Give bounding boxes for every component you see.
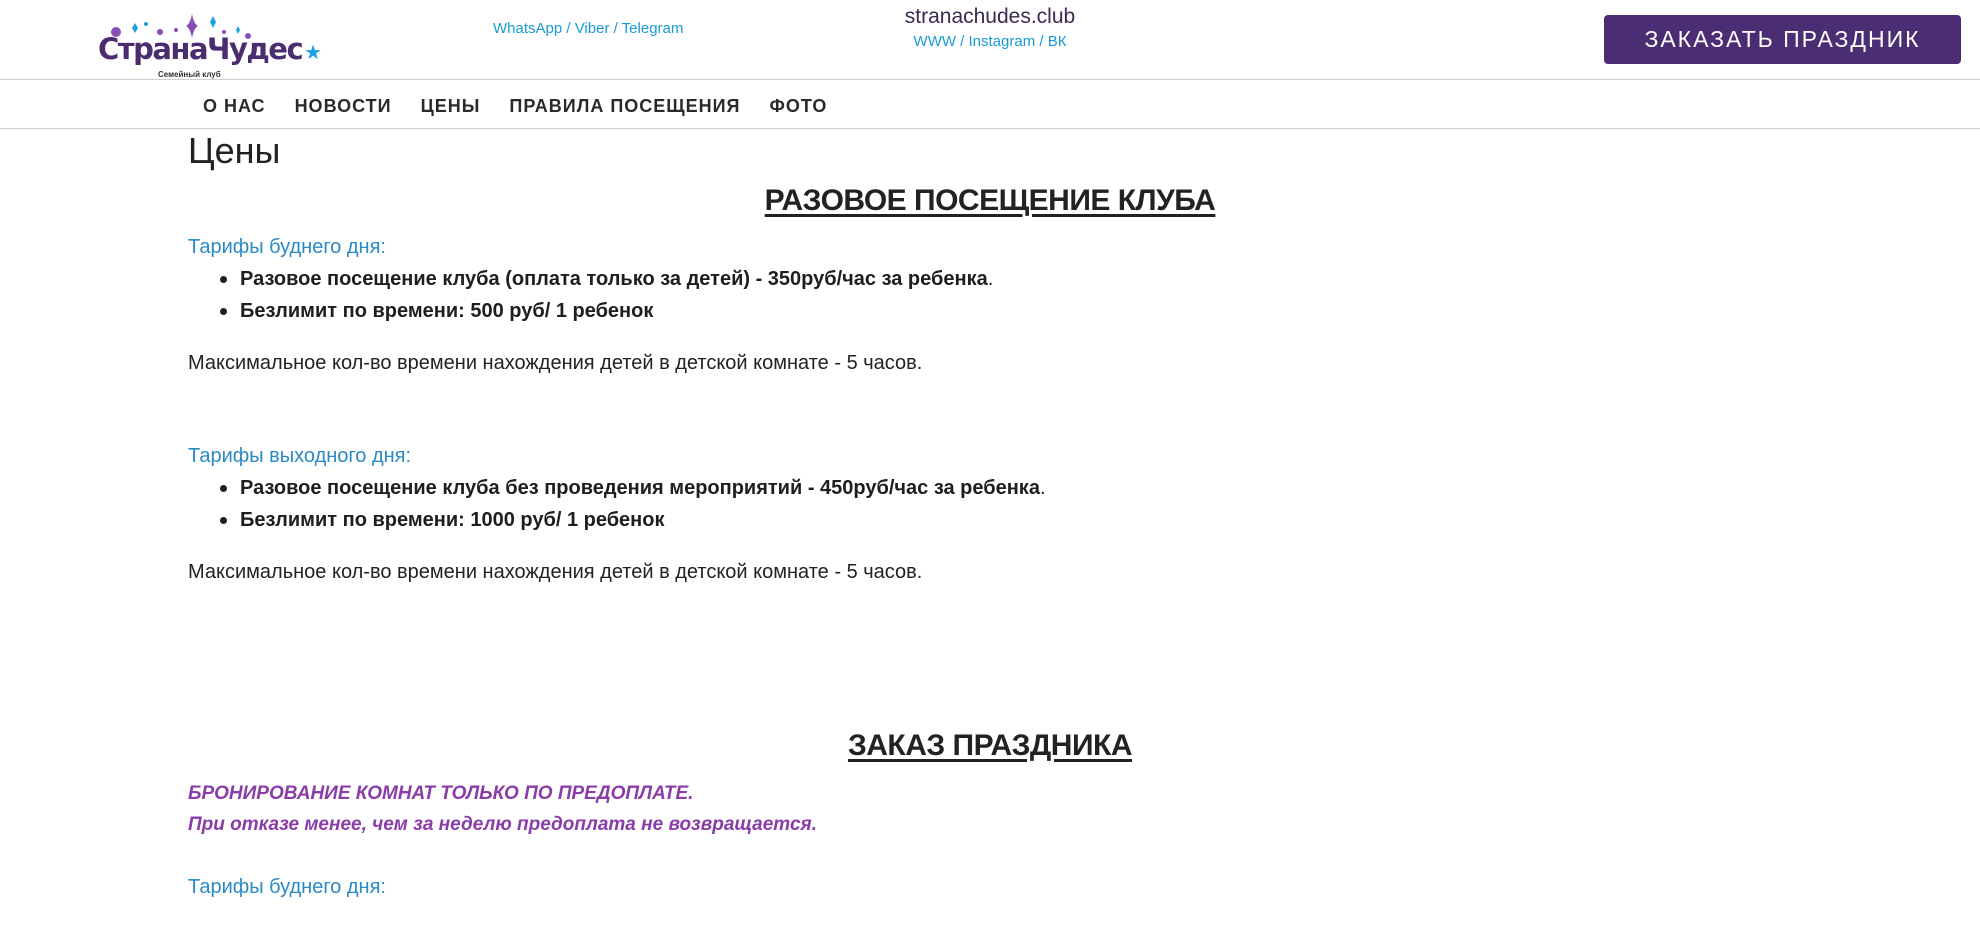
weekend-max-time-note: Максимальное кол-во времени нахождения д… (188, 561, 922, 584)
price-item: Безлимит по времени: 1000 руб/ 1 ребенок (220, 508, 1046, 540)
social-links[interactable]: WWW / Instagram / ВК (890, 33, 1090, 50)
page-title: Цены (188, 130, 280, 172)
party-weekday-tariff-label: Тарифы буднего дня: (188, 876, 386, 899)
weekend-tariff-label: Тарифы выходного дня: (188, 445, 411, 468)
section-heading-party-order: ЗАКАЗ ПРАЗДНИКА (0, 729, 1980, 763)
price-item: Безлимит по времени: 500 руб/ 1 ребенок (220, 299, 993, 331)
weekday-tariff-label: Тарифы буднего дня: (188, 236, 386, 259)
bullet-icon (220, 276, 227, 283)
nav-item-prices[interactable]: ЦЕНЫ (421, 96, 481, 117)
weekend-price-list: Разовое посещение клуба без проведения м… (220, 476, 1046, 540)
logo-subtitle: Семейный клуб (158, 70, 221, 79)
price-item: Разовое посещение клуба (оплата только з… (220, 267, 993, 299)
site-contacts: stranachudes.club WWW / Instagram / ВК (890, 5, 1090, 50)
nav-item-about[interactable]: О НАС (203, 96, 266, 117)
nav-item-photo[interactable]: ФОТО (769, 96, 827, 117)
weekday-price-list: Разовое посещение клуба (оплата только з… (220, 267, 993, 331)
star-icon: ★ (304, 40, 322, 64)
section-heading-single-visit: РАЗОВОЕ ПОСЕЩЕНИЕ КЛУБА (0, 184, 1980, 218)
nav-item-rules[interactable]: ПРАВИЛА ПОСЕЩЕНИЯ (509, 96, 740, 117)
bullet-icon (220, 517, 227, 524)
nav-items: О НАС НОВОСТИ ЦЕНЫ ПРАВИЛА ПОСЕЩЕНИЯ ФОТ… (203, 96, 856, 117)
main-nav: О НАС НОВОСТИ ЦЕНЫ ПРАВИЛА ПОСЕЩЕНИЯ ФОТ… (0, 80, 1980, 129)
bullet-icon (220, 308, 227, 315)
refund-notice: При отказе менее, чем за неделю предопла… (188, 814, 817, 836)
logo-wordmark: СтранаЧудес★ (98, 32, 322, 66)
bullet-icon (220, 485, 227, 492)
messenger-links[interactable]: WhatsApp / Viber / Telegram (493, 20, 683, 37)
order-party-button[interactable]: ЗАКАЗАТЬ ПРАЗДНИК (1604, 15, 1961, 64)
nav-item-news[interactable]: НОВОСТИ (295, 96, 392, 117)
weekday-max-time-note: Максимальное кол-во времени нахождения д… (188, 352, 922, 375)
prepayment-notice: БРОНИРОВАНИЕ КОМНАТ ТОЛЬКО ПО ПРЕДОПЛАТЕ… (188, 783, 693, 805)
price-item: Разовое посещение клуба без проведения м… (220, 476, 1046, 508)
site-header: СтранаЧудес★ Семейный клуб WhatsApp / Vi… (0, 0, 1980, 80)
site-logo[interactable]: СтранаЧудес★ Семейный клуб (98, 8, 298, 80)
site-domain-link[interactable]: stranachudes.club (890, 5, 1090, 29)
